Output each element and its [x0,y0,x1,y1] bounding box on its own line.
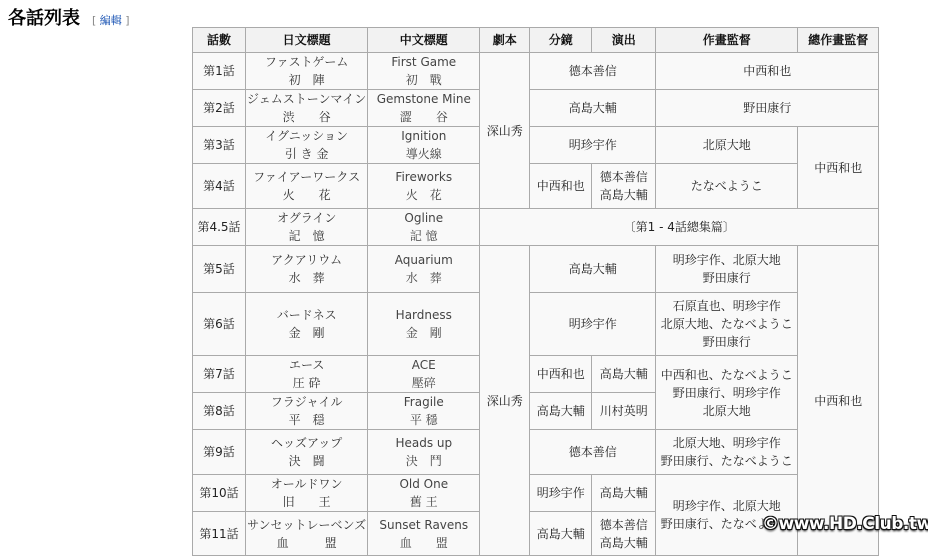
col-header-episode: 話數 [193,28,246,53]
animation-director-line: 野田康行、たなべようこ [657,452,796,470]
cn-title: Ignition導火線 [368,127,480,164]
edit-section: [ 編輯 ] [92,12,130,28]
jp-title-kana: ヘッズアップ [247,434,366,452]
jp-title-kanji: 金 剛 [247,324,366,342]
animation-director-line: 明珍宇作、北原大地 [657,251,796,269]
cn-title-text: 澀 谷 [369,108,478,126]
jp-title: オールドワン旧 王 [246,475,368,512]
jp-title-kanji: 渋 谷 [247,108,366,126]
col-header-storyboard: 分鏡 [530,28,592,53]
animation-director-line: 北原大地、たなべようこ [657,315,796,333]
cn-title: Fragile平 穩 [368,393,480,430]
jp-title: アクアリウム水 葬 [246,246,368,293]
animation-director: 野田康行 [656,90,879,127]
director-name: 高島大輔 [593,186,654,204]
en-title: Ogline [369,209,478,227]
jp-title-kana: オールドワン [247,475,366,493]
cn-title: Gemstone Mine澀 谷 [368,90,480,127]
animation-director-line: 野田康行 [657,269,796,287]
cn-title: Ogline記 憶 [368,209,480,246]
director: 高島大輔 [592,356,656,393]
jp-title: フラジャイル平 穏 [246,393,368,430]
col-header-cn-title: 中文標題 [368,28,480,53]
cn-title-text: 平 穩 [369,411,478,429]
episode-number: 第6話 [193,293,246,356]
en-title: Heads up [369,434,478,452]
episode-number: 第3話 [193,127,246,164]
watermark: ©www.HD.Club.tw [762,514,928,534]
jp-title-kanji: 記 憶 [247,227,366,245]
jp-title-kana: ファイアーワークス [247,168,366,186]
animation-director-line: 石原直也、明珍宇作 [657,297,796,315]
jp-title-kana: イグニッション [247,127,366,145]
col-header-animation-director: 作畫監督 [656,28,798,53]
jp-title: ファイアーワークス火 花 [246,164,368,209]
storyboard-director: 明珍宇作 [530,127,656,164]
animation-director: 石原直也、明珍宇作北原大地、たなべようこ野田康行 [656,293,798,356]
animation-director-line: 野田康行、明珍宇作 [657,384,796,402]
en-title: Ignition [369,127,478,145]
jp-title-kana: ファストゲーム [247,53,366,71]
animation-director: 北原大地、明珍宇作野田康行、たなべようこ [656,430,798,475]
cn-title: Old One舊 王 [368,475,480,512]
animation-director: 中西和也、たなべようこ野田康行、明珍宇作北原大地 [656,356,798,430]
jp-title-kana: ジェムストーンマイン [247,90,366,108]
jp-title-kanji: 火 花 [247,186,366,204]
table-row: 第10話 オールドワン旧 王 Old One舊 王 明珍宇作 高島大輔 明珍宇作… [193,475,879,512]
jp-title-kana: フラジャイル [247,393,366,411]
cn-title-text: 水 葬 [369,269,478,287]
jp-title: ヘッズアップ決 闘 [246,430,368,475]
storyboard-director: 高島大輔 [530,246,656,293]
table-row: 第4話 ファイアーワークス火 花 Fireworks火 花 中西和也 德本善信高… [193,164,879,209]
storyboard: 中西和也 [530,356,592,393]
chief-animation-director: 中西和也 [798,246,879,556]
jp-title: バードネス金 剛 [246,293,368,356]
animation-director-line: 北原大地 [657,402,796,420]
episode-number: 第1話 [193,53,246,90]
recap-note: 〔第1 - 4話總集篇〕 [480,209,879,246]
section-heading: 各話列表 [ 編輯 ] [8,4,130,30]
jp-title-kanji: 決 闘 [247,452,366,470]
edit-bracket-close: ] [125,14,129,27]
animation-director-line: 中西和也、たなべようこ [657,366,796,384]
en-title: Fragile [369,393,478,411]
table-row: 第2話 ジェムストーンマイン渋 谷 Gemstone Mine澀 谷 高島大輔 … [193,90,879,127]
director: 高島大輔 [592,475,656,512]
episode-number: 第9話 [193,430,246,475]
episode-number: 第5話 [193,246,246,293]
jp-title: サンセットレーベンズ血 盟 [246,512,368,556]
en-title: Aquarium [369,251,478,269]
cn-title-text: 導火線 [369,145,478,163]
director-name: 德本善信 [593,516,654,534]
cn-title-text: 壓碎 [369,374,478,392]
director: 川村英明 [592,393,656,430]
script-cell: 深山秀 [480,246,530,556]
cn-title-text: 血 盟 [369,534,478,552]
cn-title: Sunset Ravens血 盟 [368,512,480,556]
section-title: 各話列表 [8,4,80,30]
jp-title-kanji: 引 き 金 [247,145,366,163]
jp-title-kana: アクアリウム [247,251,366,269]
jp-title: イグニッション引 き 金 [246,127,368,164]
jp-title: ジェムストーンマイン渋 谷 [246,90,368,127]
en-title: First Game [369,53,478,71]
cn-title-text: 金 剛 [369,324,478,342]
storyboard: 高島大輔 [530,512,592,556]
storyboard-director: 高島大輔 [530,90,656,127]
jp-title-kana: サンセットレーベンズ [247,516,366,534]
jp-title-kanji: 血 盟 [247,534,366,552]
animation-director-line: 北原大地、明珍宇作 [657,434,796,452]
episode-table: 話數 日文標題 中文標題 劇本 分鏡 演出 作畫監督 總作畫監督 第1話 ファス… [192,27,879,556]
en-title: Fireworks [369,168,478,186]
script-cell: 深山秀 [480,53,530,209]
cn-title: ACE壓碎 [368,356,480,393]
episode-number: 第4話 [193,164,246,209]
en-title: Hardness [369,306,478,324]
script-name: 深山秀 [487,124,523,138]
table-row: 第7話 エース圧 砕 ACE壓碎 中西和也 高島大輔 中西和也、たなべようこ野田… [193,356,879,393]
cn-title-text: 舊 王 [369,493,478,511]
en-title: Sunset Ravens [369,516,478,534]
storyboard-director: 德本善信 [530,430,656,475]
episode-number: 第8話 [193,393,246,430]
storyboard: 明珍宇作 [530,475,592,512]
table-row: 第5話 アクアリウム水 葬 Aquarium水 葬 深山秀 高島大輔 明珍宇作、… [193,246,879,293]
jp-title-kanji: 初 陣 [247,71,366,89]
animation-director: 明珍宇作、北原大地野田康行 [656,246,798,293]
jp-title-kana: バードネス [247,306,366,324]
cn-title-text: 火 花 [369,186,478,204]
storyboard: 中西和也 [530,164,592,209]
table-row: 第3話 イグニッション引 き 金 Ignition導火線 明珍宇作 北原大地 中… [193,127,879,164]
episode-number: 第11話 [193,512,246,556]
episode-number: 第4.5話 [193,209,246,246]
cn-title: Heads up決 鬥 [368,430,480,475]
animation-director: たなべようこ [656,164,798,209]
cn-title-text: 決 鬥 [369,452,478,470]
storyboard-director: 德本善信 [530,53,656,90]
en-title: Gemstone Mine [369,90,478,108]
episode-number: 第7話 [193,356,246,393]
director: 德本善信高島大輔 [592,512,656,556]
col-header-script: 劇本 [480,28,530,53]
edit-bracket-open: [ [92,14,96,27]
animation-director-line: 明珍宇作、北原大地 [657,497,796,515]
storyboard: 高島大輔 [530,393,592,430]
col-header-chief-animation-director: 總作畫監督 [798,28,879,53]
jp-title: エース圧 砕 [246,356,368,393]
director: 德本善信高島大輔 [592,164,656,209]
jp-title-kanji: 旧 王 [247,493,366,511]
jp-title-kana: オグライン [247,209,366,227]
director-name: 德本善信 [593,168,654,186]
jp-title-kanji: 水 葬 [247,269,366,287]
table-row: 第1話 ファストゲーム初 陣 First Game初 戰 深山秀 德本善信 中西… [193,53,879,90]
jp-title: ファストゲーム初 陣 [246,53,368,90]
table-row: 第4.5話 オグライン記 憶 Ogline記 憶 〔第1 - 4話總集篇〕 [193,209,879,246]
cn-title: Aquarium水 葬 [368,246,480,293]
animation-director-line: 野田康行 [657,333,796,351]
episode-number: 第10話 [193,475,246,512]
table-row: 第9話 ヘッズアップ決 闘 Heads up決 鬥 德本善信 北原大地、明珍宇作… [193,430,879,475]
en-title: Old One [369,475,478,493]
storyboard-director: 明珍宇作 [530,293,656,356]
jp-title-kanji: 圧 砕 [247,374,366,392]
edit-link[interactable]: 編輯 [100,14,122,27]
jp-title-kana: エース [247,356,366,374]
cn-title: Fireworks火 花 [368,164,480,209]
cn-title-text: 初 戰 [369,71,478,89]
animation-director: 中西和也 [656,53,879,90]
col-header-director: 演出 [592,28,656,53]
en-title: ACE [369,356,478,374]
jp-title: オグライン記 憶 [246,209,368,246]
director-name: 高島大輔 [593,534,654,552]
cn-title-text: 記 憶 [369,227,478,245]
chief-animation-director: 中西和也 [798,127,879,209]
animation-director: 北原大地 [656,127,798,164]
table-row: 第6話 バードネス金 剛 Hardness金 剛 明珍宇作 石原直也、明珍宇作北… [193,293,879,356]
cn-title: Hardness金 剛 [368,293,480,356]
episode-number: 第2話 [193,90,246,127]
cn-title: First Game初 戰 [368,53,480,90]
jp-title-kanji: 平 穏 [247,411,366,429]
col-header-jp-title: 日文標題 [246,28,368,53]
header-row: 話數 日文標題 中文標題 劇本 分鏡 演出 作畫監督 總作畫監督 [193,28,879,53]
